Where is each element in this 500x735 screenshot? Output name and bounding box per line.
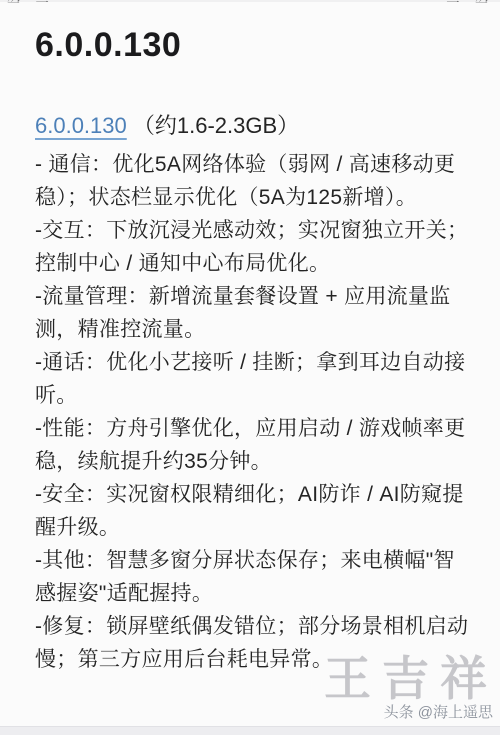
release-note-item-interaction: -交互：下放沉浸光感动效；实况窗独立开关；控制中心 / 通知中心布局优化。 [35,214,472,280]
bottom-edge-bar [0,726,500,735]
release-note-item-calls: -通话：优化小艺接听 / 挂断；拿到耳边自动接听。 [35,346,472,412]
release-note-item-communication: - 通信：优化5A网络体验（弱网 / 高速移动更稳）；状态栏显示优化（5A为12… [35,148,472,214]
release-note-item-others: -其他：智慧多窗分屏状态保存；来电横幅"智感握姿"适配握持。 [35,544,472,610]
package-size-note: （约1.6-2.3GB） [133,113,299,138]
cropped-text-fragment-left: 丛 三 [7,0,55,4]
watermark-credit: 头条 @海上遥思 [384,701,493,722]
release-note-item-data-usage: -流量管理：新增流量套餐设置 + 应用流量监测，精准控流量。 [35,280,472,346]
release-note-item-security: -安全：实况窗权限精细化；AI防诈 / AI防窥提醒升级。 [35,478,472,544]
release-notes-list: - 通信：优化5A网络体验（弱网 / 高速移动更稳）；状态栏显示优化（5A为12… [35,148,472,676]
cropped-text-fragment-right: 三 丛 [446,0,494,4]
release-note-item-performance: -性能：方舟引擎优化，应用启动 / 游戏帧率更稳，续航提升约35分钟。 [35,412,472,478]
version-line: 6.0.0.130 （约1.6-2.3GB） [35,111,472,141]
top-hairline [0,0,500,2]
article-body: 6.0.0.130 6.0.0.130 （约1.6-2.3GB） - 通信：优化… [0,0,500,676]
version-link[interactable]: 6.0.0.130 [35,113,127,138]
release-note-item-fixes: -修复：锁屏壁纸偶发错位；部分场景相机启动慢；第三方应用后台耗电异常。 [35,610,472,676]
page-title: 6.0.0.130 [35,26,472,65]
